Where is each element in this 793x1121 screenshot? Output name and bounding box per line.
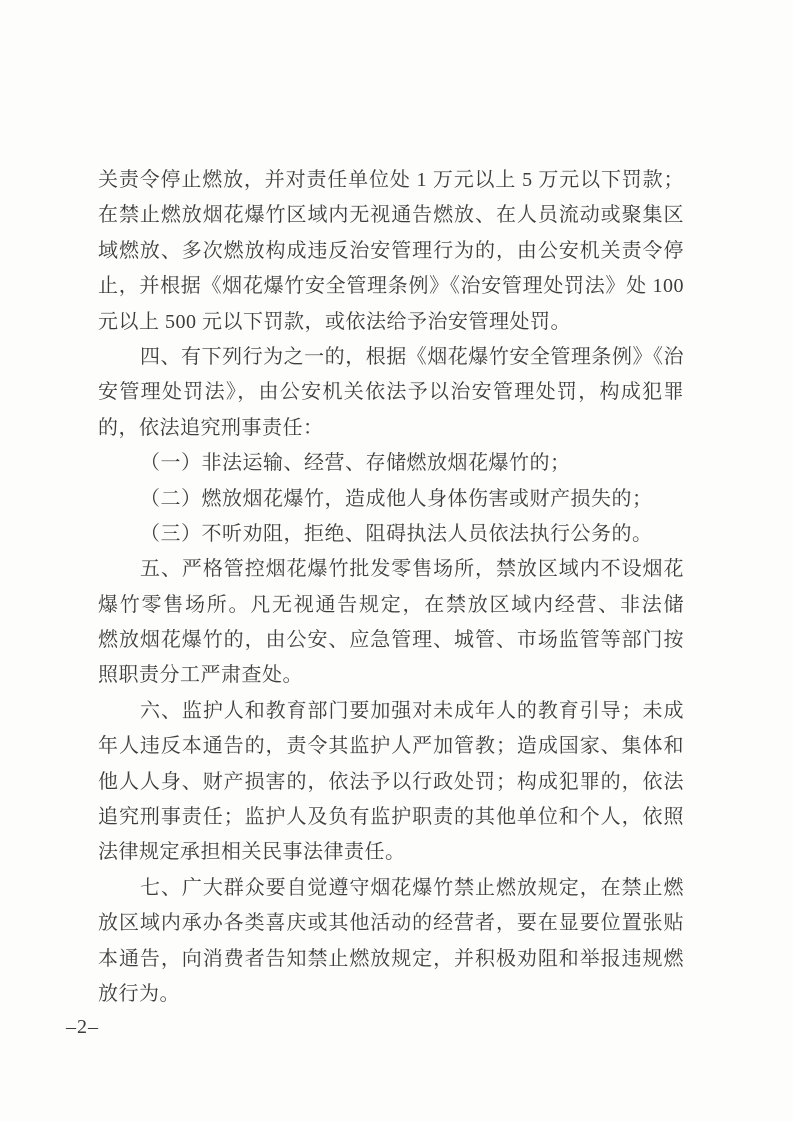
paragraph-subitem-1: （一）非法运输、经营、存储燃放烟花爆竹的； (98, 446, 684, 481)
document-page: 关责令停止燃放，并对责任单位处 1 万元以上 5 万元以下罚款；在禁止燃放烟花爆… (0, 0, 793, 1121)
text-line: 他人人身、财产损害的，依法予以行政处罚；构成犯罪的，依法 (98, 765, 684, 800)
text-line: 元以上 500 元以下罚款，或依法给予治安管理处罚。 (98, 305, 684, 340)
text-line: 安管理处罚法》，由公安机关依法予以治安管理处罚，构成犯罪 (98, 375, 684, 410)
text-line: 年人违反本通告的，责令其监护人严加管教；造成国家、集体和 (98, 729, 684, 764)
text-line: 四、有下列行为之一的，根据《烟花爆竹安全管理条例》《治 (98, 340, 684, 375)
text-line: 在禁止燃放烟花爆竹区域内无视通告燃放、在人员流动或聚集区 (98, 198, 684, 233)
text-line: （三）不听劝阻，拒绝、阻碍执法人员依法执行公务的。 (98, 517, 684, 552)
text-line: 关责令停止燃放，并对责任单位处 1 万元以上 5 万元以下罚款； (98, 163, 684, 198)
text-line: 七、广大群众要自觉遵守烟花爆竹禁止燃放规定，在禁止燃 (98, 871, 684, 906)
text-line: 追究刑事责任；监护人及负有监护职责的其他单位和个人，依照 (98, 800, 684, 835)
text-line: 放行为。 (98, 977, 684, 1012)
text-line: 六、监护人和教育部门要加强对未成年人的教育引导；未成 (98, 694, 684, 729)
text-line: 法律规定承担相关民事法律责任。 (98, 835, 684, 870)
paragraph-item-4: 四、有下列行为之一的，根据《烟花爆竹安全管理条例》《治安管理处罚法》，由公安机关… (98, 340, 684, 446)
text-line: 照职责分工严肃查处。 (98, 658, 684, 693)
paragraph-subitem-2: （二）燃放烟花爆竹，造成他人身体伤害或财产损失的； (98, 482, 684, 517)
paragraph-item-6: 六、监护人和教育部门要加强对未成年人的教育引导；未成年人违反本通告的，责令其监护… (98, 694, 684, 871)
text-line: 止，并根据《烟花爆竹安全管理条例》《治安管理处罚法》处 100 (98, 269, 684, 304)
text-line: 放区域内承办各类喜庆或其他活动的经营者，要在显要位置张贴 (98, 906, 684, 941)
text-line: 本通告，向消费者告知禁止燃放规定，并积极劝阻和举报违规燃 (98, 942, 684, 977)
text-line: 燃放烟花爆竹的，由公安、应急管理、城管、市场监管等部门按 (98, 623, 684, 658)
paragraph-continuation: 关责令停止燃放，并对责任单位处 1 万元以上 5 万元以下罚款；在禁止燃放烟花爆… (98, 163, 684, 340)
text-line: 五、严格管控烟花爆竹批发零售场所，禁放区域内不设烟花 (98, 552, 684, 587)
paragraph-item-5: 五、严格管控烟花爆竹批发零售场所，禁放区域内不设烟花爆竹零售场所。凡无视通告规定… (98, 552, 684, 694)
text-line: 爆竹零售场所。凡无视通告规定，在禁放区域内经营、非法储存、 (98, 588, 684, 623)
text-line: 域燃放、多次燃放构成违反治安管理行为的，由公安机关责令停 (98, 234, 684, 269)
text-line: （二）燃放烟花爆竹，造成他人身体伤害或财产损失的； (98, 482, 684, 517)
document-body: 关责令停止燃放，并对责任单位处 1 万元以上 5 万元以下罚款；在禁止燃放烟花爆… (98, 163, 684, 1012)
page-number: –2– (66, 1013, 99, 1041)
text-line: （一）非法运输、经营、存储燃放烟花爆竹的； (98, 446, 684, 481)
text-line: 的，依法追究刑事责任： (98, 411, 684, 446)
paragraph-item-7: 七、广大群众要自觉遵守烟花爆竹禁止燃放规定，在禁止燃放区域内承办各类喜庆或其他活… (98, 871, 684, 1013)
paragraph-subitem-3: （三）不听劝阻，拒绝、阻碍执法人员依法执行公务的。 (98, 517, 684, 552)
